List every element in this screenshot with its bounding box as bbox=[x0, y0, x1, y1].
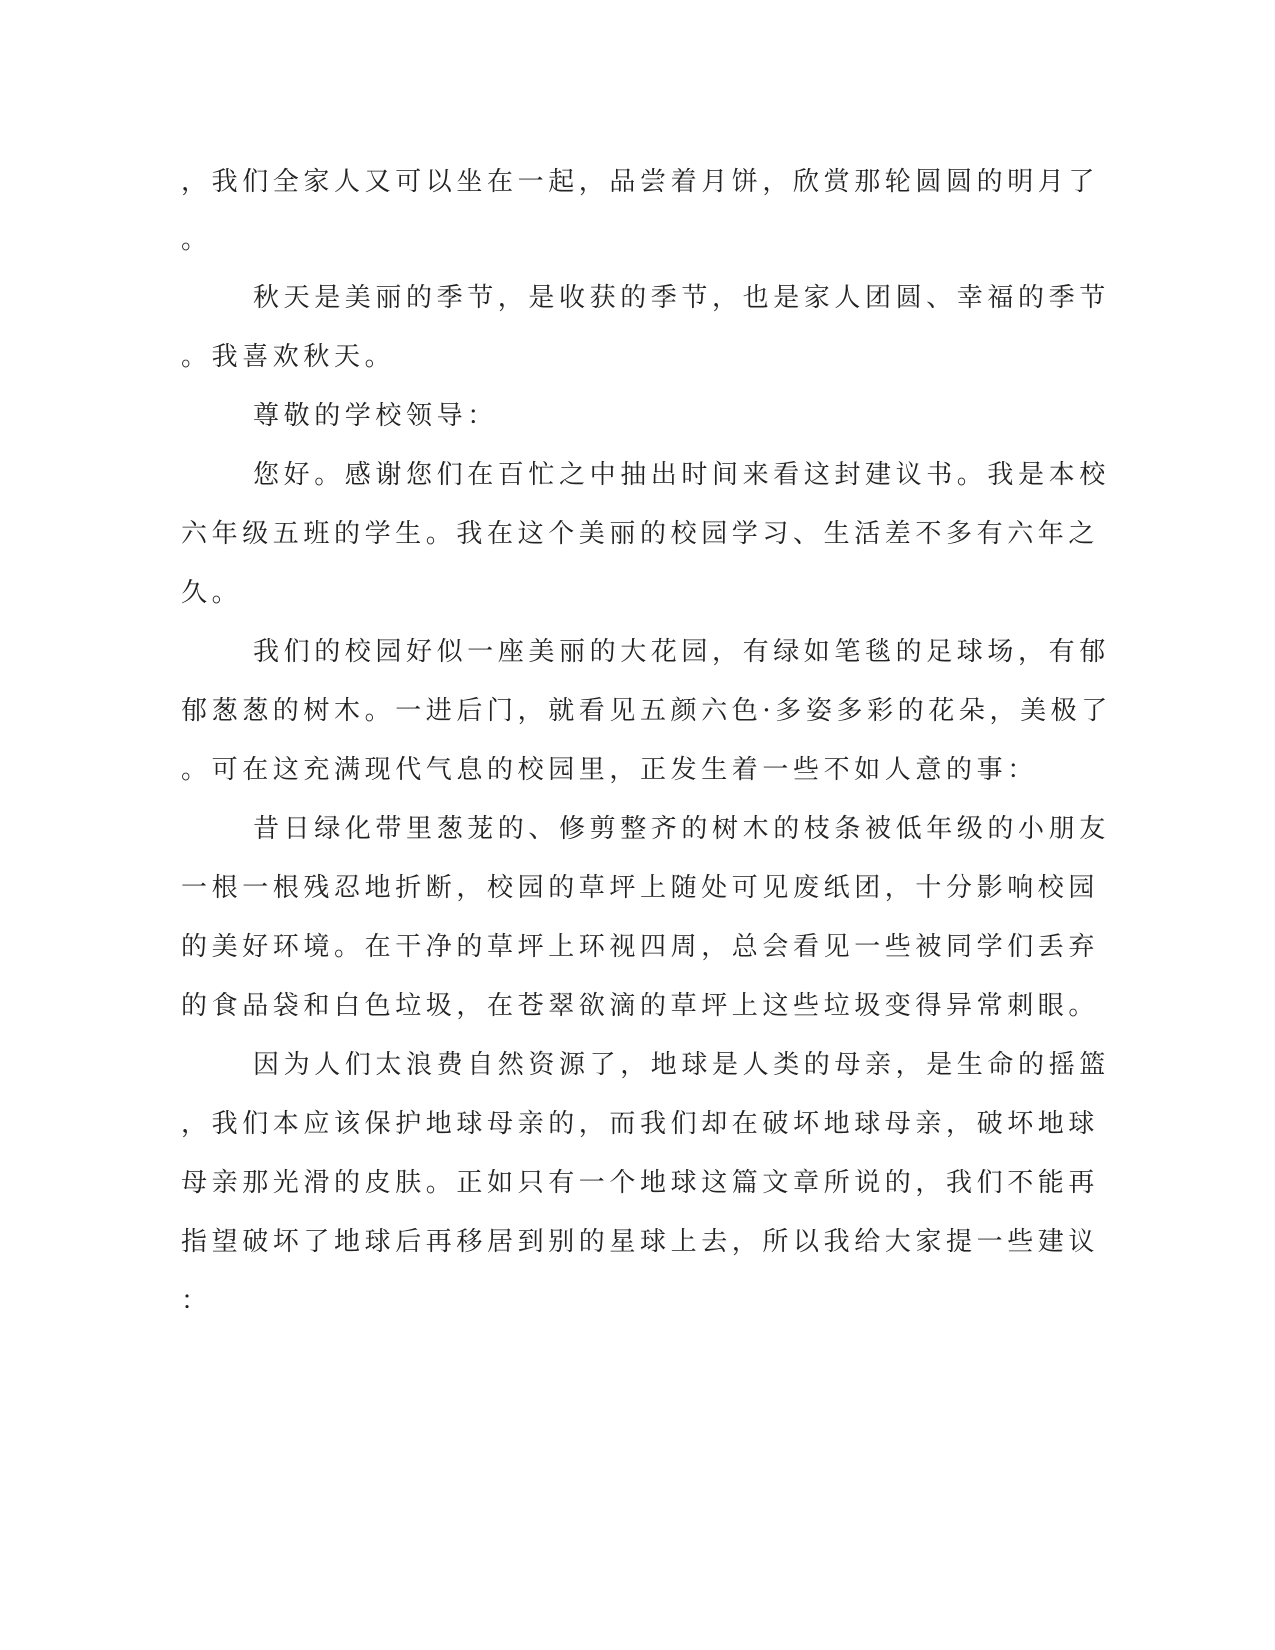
paragraph-problems: 昔日绿化带里葱茏的、修剪整齐的树木的枝条被低年级的小朋友 bbox=[253, 809, 1153, 849]
document-page: ，我们全家人又可以坐在一起，品尝着月饼，欣赏那轮圆圆的明月了 。 秋天是美丽的季… bbox=[0, 0, 1275, 1650]
text-line: 久。 bbox=[181, 573, 1081, 613]
text-line: 的食品袋和白色垃圾，在苍翠欲滴的草坪上这些垃圾变得异常刺眼。 bbox=[181, 986, 1081, 1026]
text-line: 郁葱葱的树木。一进后门，就看见五颜六色·多姿多彩的花朵，美极了 bbox=[181, 691, 1081, 731]
paragraph-earth: 因为人们太浪费自然资源了，地球是人类的母亲，是生命的摇篮 bbox=[253, 1045, 1153, 1085]
text-line: 。我喜欢秋天。 bbox=[181, 337, 1081, 377]
text-line: ，我们全家人又可以坐在一起，品尝着月饼，欣赏那轮圆圆的明月了 bbox=[181, 162, 1081, 202]
text-line: 母亲那光滑的皮肤。正如只有一个地球这篇文章所说的，我们不能再 bbox=[181, 1163, 1081, 1203]
paragraph-campus: 我们的校园好似一座美丽的大花园，有绿如笔毯的足球场，有郁 bbox=[253, 632, 1153, 672]
text-line: 。 bbox=[181, 220, 1081, 260]
text-line: 的美好环境。在干净的草坪上环视四周，总会看见一些被同学们丢弃 bbox=[181, 927, 1081, 967]
text-line: 一根一根残忍地折断，校园的草坪上随处可见废纸团，十分影响校园 bbox=[181, 868, 1081, 908]
text-line: 。可在这充满现代气息的校园里，正发生着一些不如人意的事： bbox=[181, 750, 1081, 790]
paragraph-greeting: 您好。感谢您们在百忙之中抽出时间来看这封建议书。我是本校 bbox=[253, 455, 1153, 495]
paragraph-autumn: 秋天是美丽的季节，是收获的季节，也是家人团圆、幸福的季节 bbox=[253, 278, 1153, 318]
text-line: ，我们本应该保护地球母亲的，而我们却在破坏地球母亲，破坏地球 bbox=[181, 1104, 1081, 1144]
text-line: ： bbox=[181, 1281, 1081, 1321]
text-line: 六年级五班的学生。我在这个美丽的校园学习、生活差不多有六年之 bbox=[181, 514, 1081, 554]
letter-salutation: 尊敬的学校领导： bbox=[253, 396, 1153, 436]
text-line: 指望破坏了地球后再移居到别的星球上去，所以我给大家提一些建议 bbox=[181, 1222, 1081, 1262]
